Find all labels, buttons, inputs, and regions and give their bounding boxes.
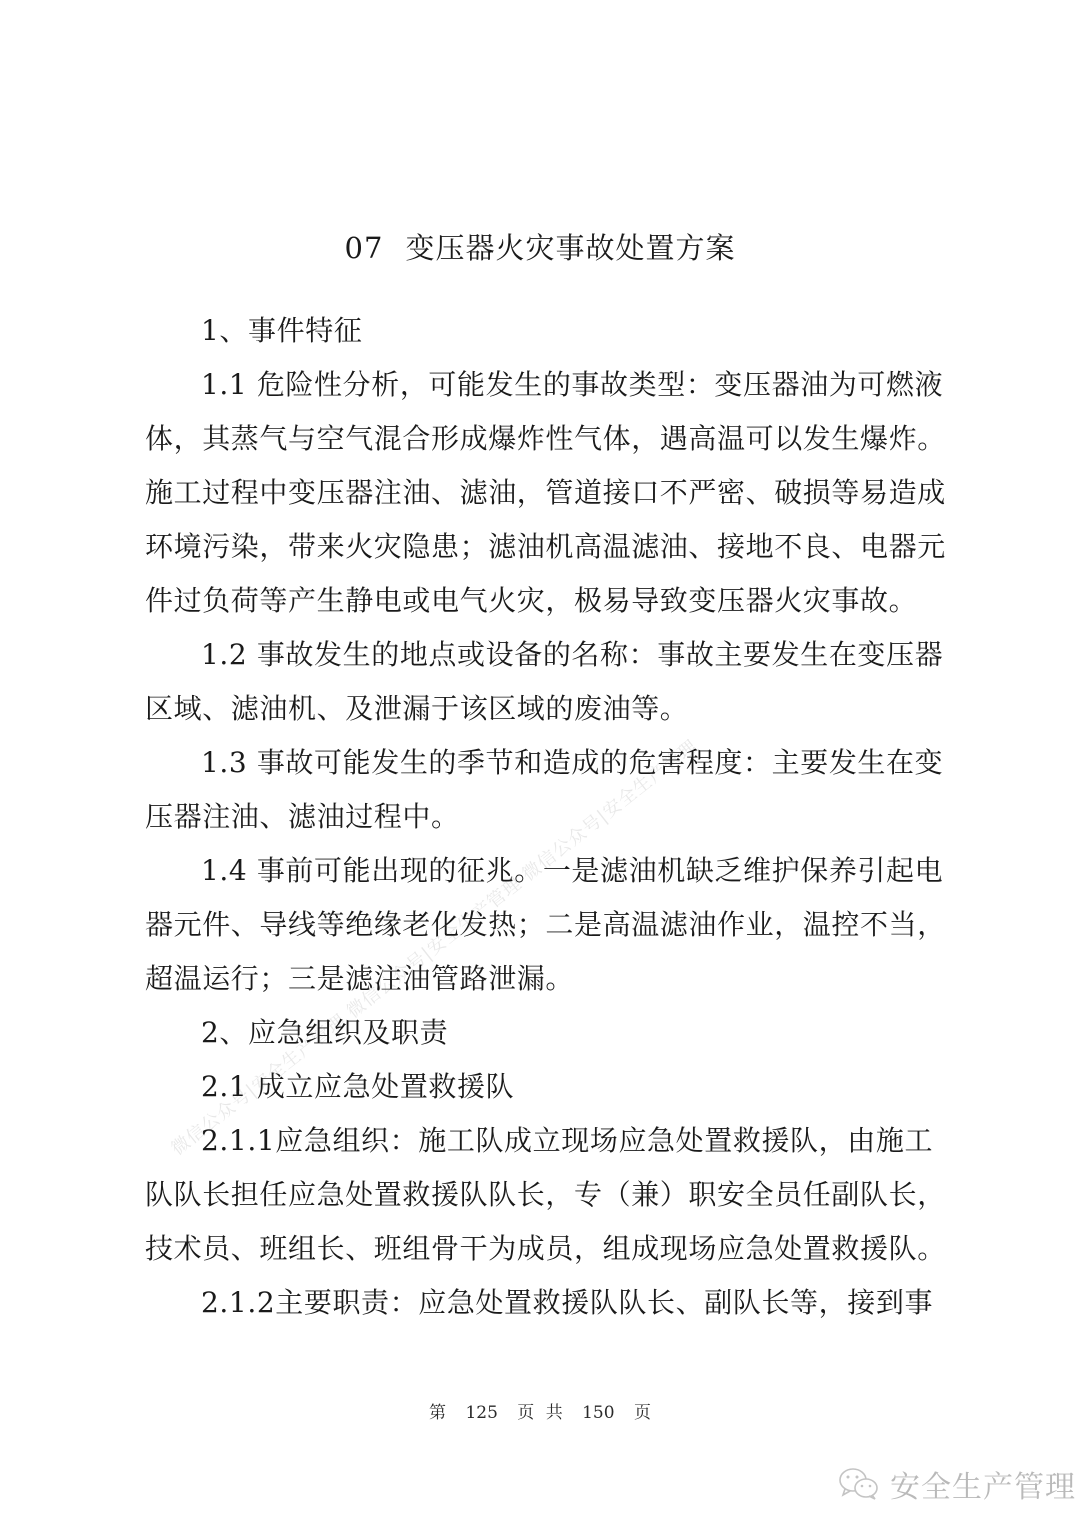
total-page-count: 150 [582,1403,614,1423]
document-page: 微信公众号|安全生产管理 微信公众号|安全生产管理 微信公众号|安全生产管理 0… [0,0,1080,1528]
line-5: 件过负荷等产生静电或电气火灾，极易导致变压器火灾事故。 [145,574,947,628]
line-2: 体，其蒸气与空气混合形成爆炸性气体，遇高温可以发生爆炸。 [145,412,947,466]
line-15: 2.1.1应急组织：施工队成立现场应急处置救援队，由施工 [145,1114,947,1168]
title-text: 变压器火灾事故处置方案 [405,231,735,265]
line-0: 1、事件特征 [145,304,947,358]
line-16: 队队长担任应急处置救援队队长，专（兼）职安全员任副队长， [145,1168,947,1222]
line-6: 1.2 事故发生的地点或设备的名称：事故主要发生在变压器 [145,628,947,682]
footer-suffix: 页 [634,1403,651,1423]
footer-prefix: 第 [429,1403,446,1423]
line-1: 1.1 危险性分析，可能发生的事故类型：变压器油为可燃液 [145,358,947,412]
line-18: 2.1.2主要职责：应急处置救援队队长、副队长等，接到事 [145,1276,947,1330]
page-footer: 第 125 页 共 150 页 [0,1398,1080,1423]
title-number: 07 [345,231,384,265]
line-13: 2、应急组织及职责 [145,1006,947,1060]
line-11: 器元件、导线等绝缘老化发热；二是高温滤油作业，温控不当， [145,898,947,952]
document-body: 1、事件特征 1.1 危险性分析，可能发生的事故类型：变压器油为可燃液 体，其蒸… [145,304,947,1330]
wechat-icon [838,1467,880,1501]
page-title: 07变压器火灾事故处置方案 [0,224,1080,272]
line-9: 压器注油、滤油过程中。 [145,790,947,844]
line-17: 技术员、班组长、班组骨干为成员，组成现场应急处置救援队。 [145,1222,947,1276]
current-page-number: 125 [465,1403,497,1423]
footer-mid: 页 共 [517,1403,562,1423]
line-3: 施工过程中变压器注油、滤油，管道接口不严密、破损等易造成 [145,466,947,520]
brand-label: 安全生产管理 [890,1462,1076,1506]
brand-watermark: 安全生产管理 [838,1462,1076,1506]
line-14: 2.1 成立应急处置救援队 [145,1060,947,1114]
line-12: 超温运行；三是滤注油管路泄漏。 [145,952,947,1006]
line-8: 1.3 事故可能发生的季节和造成的危害程度：主要发生在变 [145,736,947,790]
line-7: 区域、滤油机、及泄漏于该区域的废油等。 [145,682,947,736]
line-10: 1.4 事前可能出现的征兆。一是滤油机缺乏维护保养引起电 [145,844,947,898]
line-4: 环境污染，带来火灾隐患；滤油机高温滤油、接地不良、电器元 [145,520,947,574]
